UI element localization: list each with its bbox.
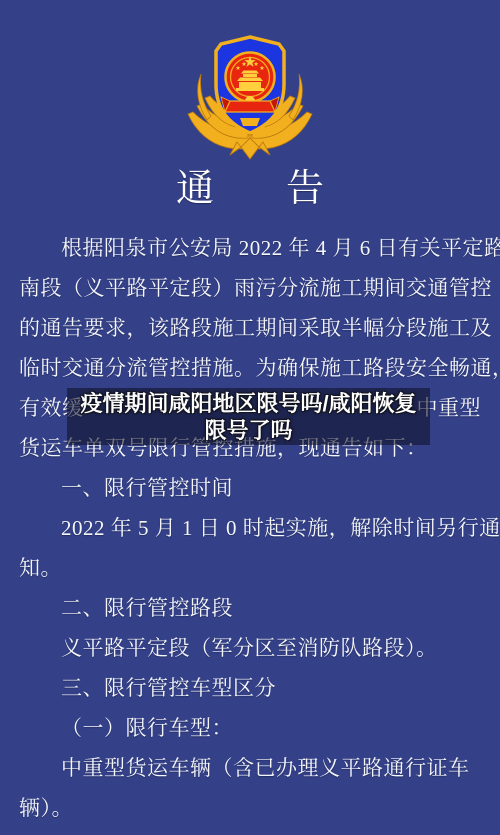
- notice-section-heading: 一、限行管控时间: [19, 468, 481, 508]
- notice-heading-char-left: 通: [176, 164, 214, 214]
- caption-line-2: 限号了吗: [204, 417, 292, 444]
- caption-overlay: 疫情期间咸阳地区限号吗/咸阳恢复 限号了吗: [67, 388, 430, 445]
- notice-page: 通 告 根据阳泉市公安局 2022 年 4 月 6 日有关平定路 南段（义平路平…: [0, 0, 500, 835]
- notice-line: 义平路平定段（军分区至消防队路段）。: [19, 628, 481, 668]
- notice-line: 根据阳泉市公安局 2022 年 4 月 6 日有关平定路: [19, 228, 481, 268]
- notice-line: 的通告要求，该路段施工期间采取半幅分段施工及: [19, 308, 481, 348]
- notice-line: 知。: [19, 548, 481, 588]
- notice-heading-char-right: 告: [286, 164, 324, 214]
- caption-line-1: 疫情期间咸阳地区限号吗/咸阳恢复: [80, 390, 416, 417]
- notice-line: 辆）。: [19, 788, 481, 828]
- notice-body: 根据阳泉市公安局 2022 年 4 月 6 日有关平定路 南段（义平路平定段）雨…: [19, 228, 481, 828]
- notice-line: 中重型货运车辆（含已办理义平路通行证车: [19, 748, 481, 788]
- notice-section-heading: 二、限行管控路段: [19, 588, 481, 628]
- notice-section-heading: 三、限行管控车型区分: [19, 668, 481, 708]
- notice-line: 临时交通分流管控措施。为确保施工路段安全畅通，: [19, 348, 481, 388]
- notice-line: 南段（义平路平定段）雨污分流施工期间交通管控: [19, 268, 481, 308]
- notice-heading: 通 告: [0, 164, 500, 214]
- notice-line: 2022 年 5 月 1 日 0 时起实施，解除时间另行通: [19, 508, 481, 548]
- notice-line: （一）限行车型：: [19, 708, 481, 748]
- police-badge-emblem: [185, 32, 315, 162]
